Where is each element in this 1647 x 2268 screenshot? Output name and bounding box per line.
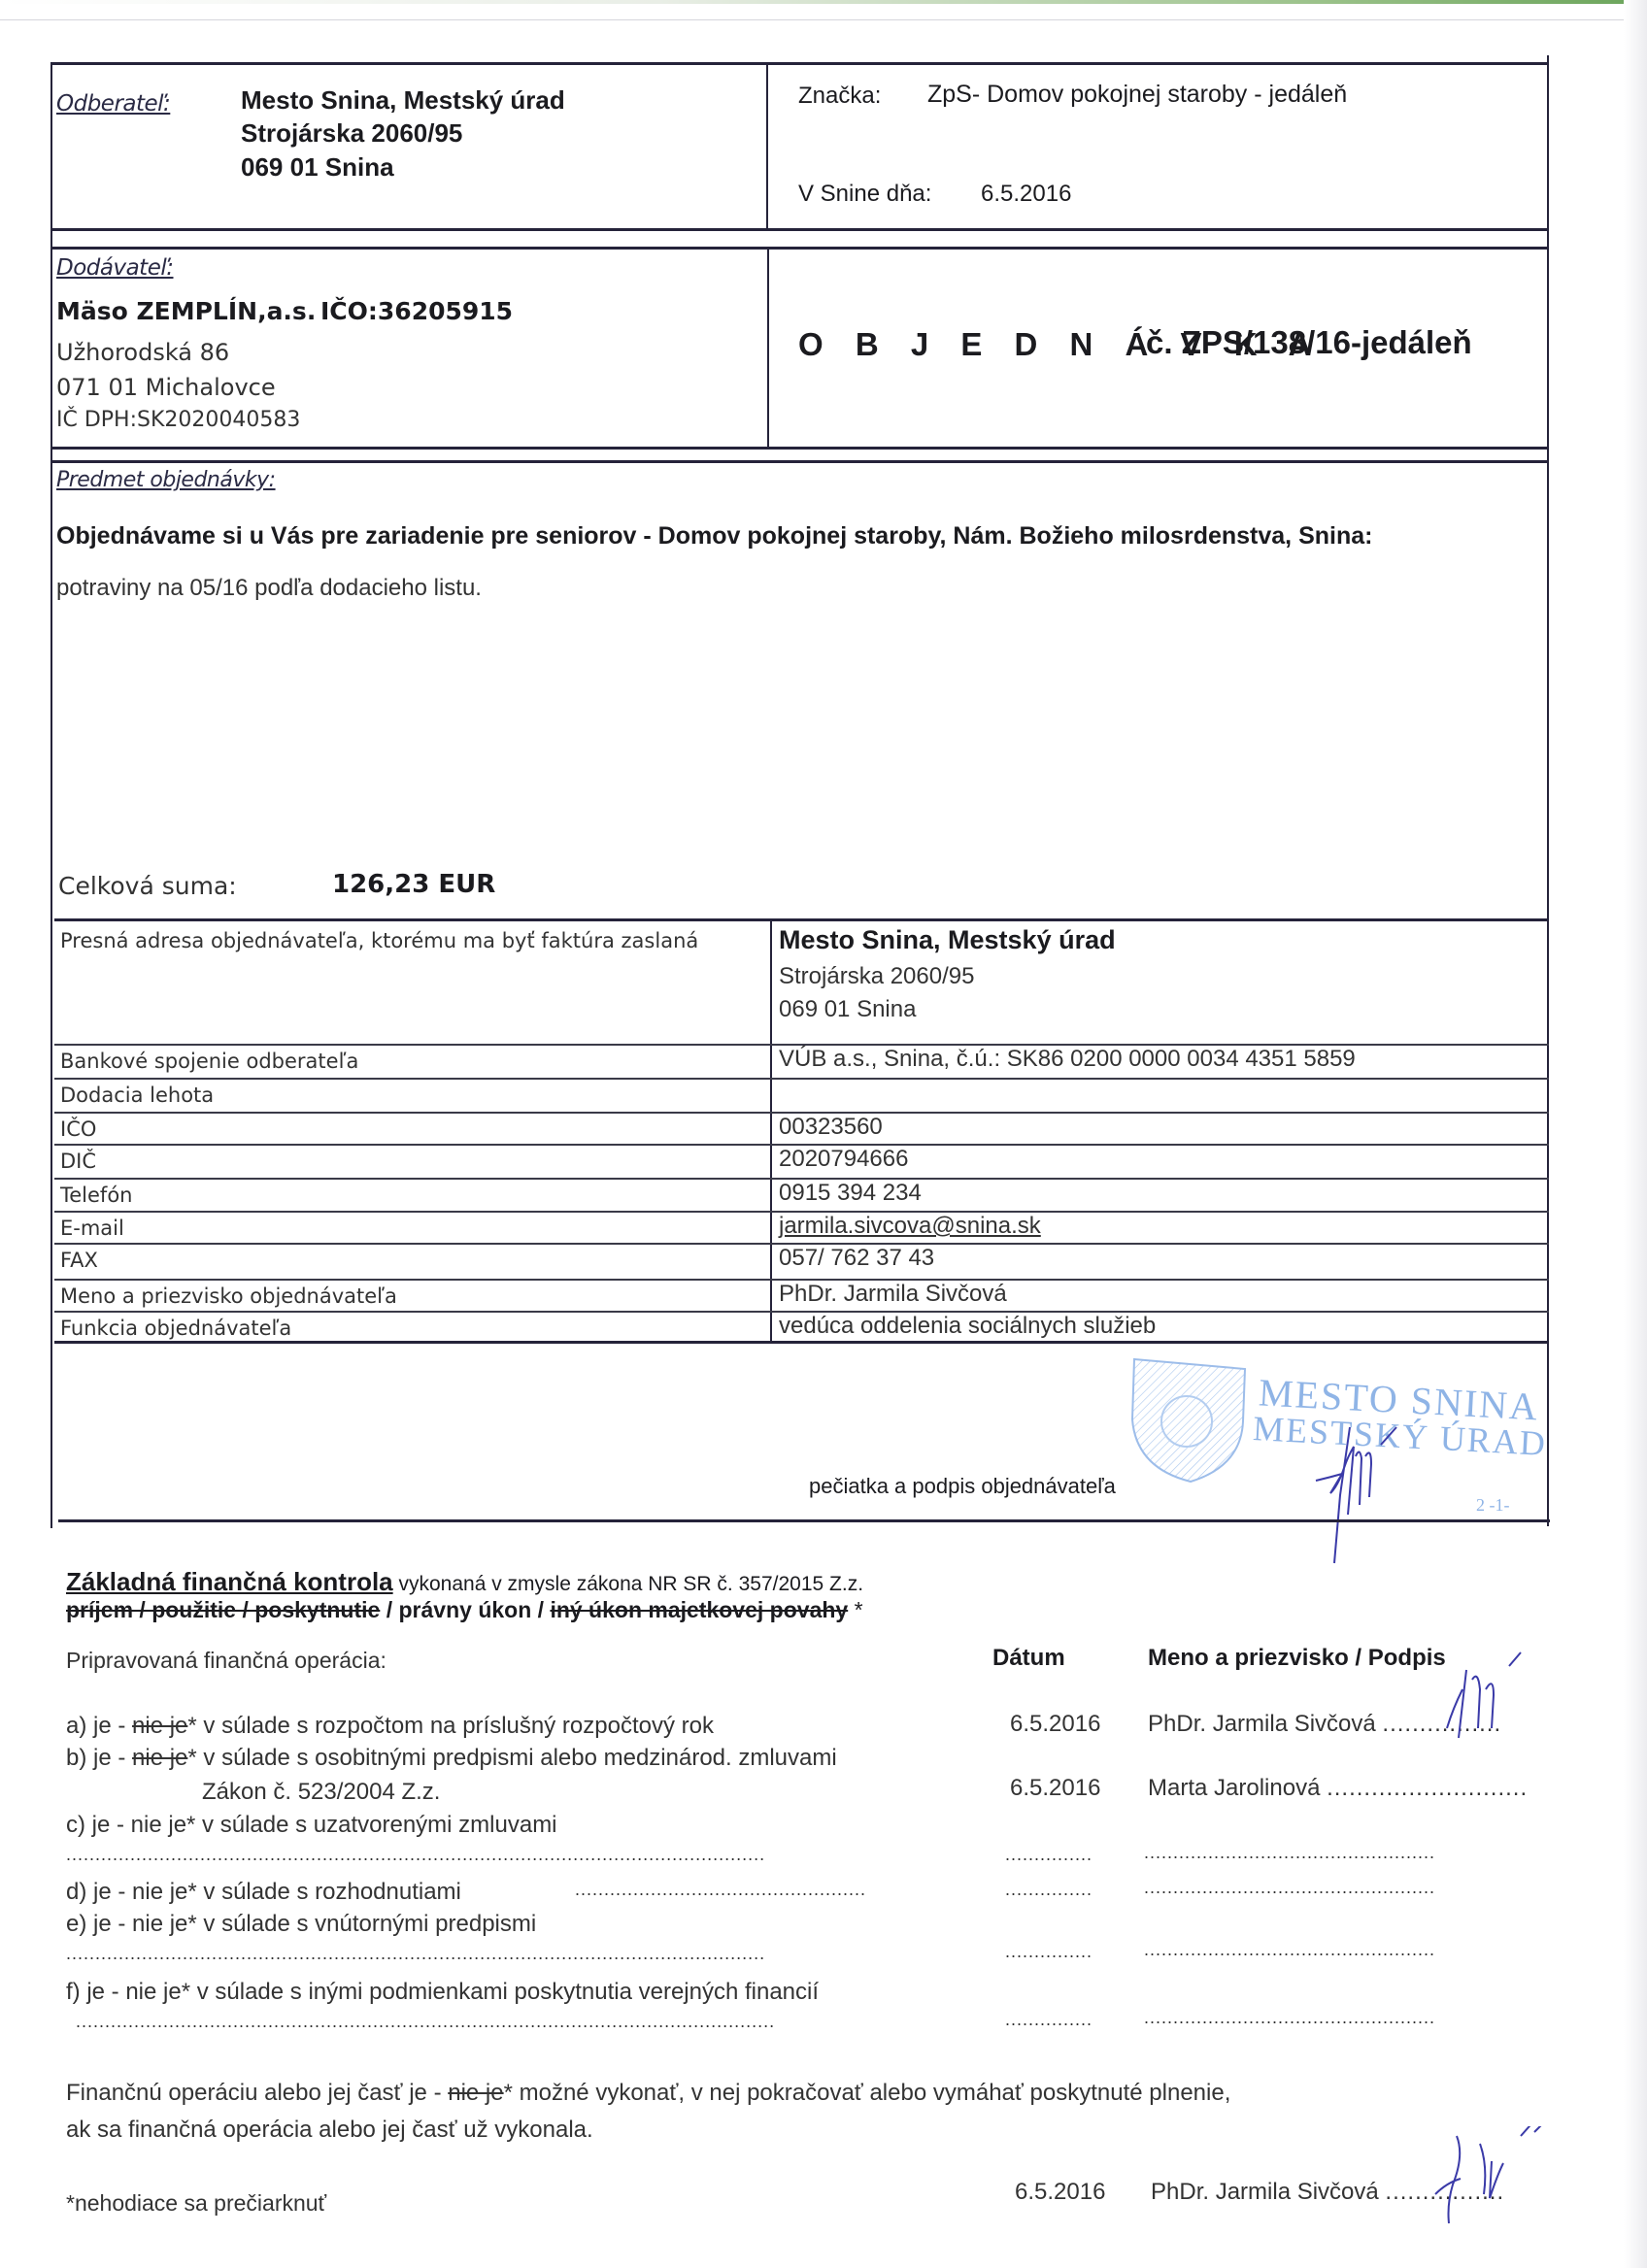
col-name-header: Meno a priezvisko / Podpis bbox=[1148, 1645, 1446, 1672]
conclusion-line-1: Finančnú operáciu alebo jej časť je - ni… bbox=[66, 2080, 1230, 2107]
item-b-text: * v súlade s osobitnými predpismi alebo … bbox=[187, 1745, 836, 1771]
date-value: 6.5.2016 bbox=[981, 181, 1071, 208]
scan-edge-line bbox=[0, 19, 1647, 20]
item-e-date-dots: ............... bbox=[1005, 1942, 1114, 1962]
details-row-value: 057/ 762 37 43 bbox=[779, 1245, 934, 1272]
details-row-label: Telefón bbox=[60, 1184, 132, 1207]
details-row-label: E-mail bbox=[60, 1217, 124, 1240]
item-d: d) je - nie je* v súlade s rozhodnutiami bbox=[66, 1879, 461, 1906]
control-title-rest: vykonaná v zmysle zákona NR SR č. 357/20… bbox=[393, 1573, 863, 1595]
signature-3-icon bbox=[1428, 2126, 1554, 2243]
details-row-value: 2020794666 bbox=[779, 1146, 908, 1173]
details-row-value: vedúca oddelenia sociálnych služieb bbox=[779, 1313, 1156, 1340]
control-type-struck-2: iný úkon majetkovej povahy bbox=[550, 1597, 848, 1622]
total-label: Celková suma: bbox=[58, 872, 237, 900]
stamp-caption: pečiatka a podpis objednávateľa bbox=[809, 1474, 1116, 1499]
address-label: Presná adresa objednávateľa, ktorému ma … bbox=[60, 929, 698, 952]
conclusion-struck: nie je bbox=[448, 2080, 503, 2106]
supplier-name: Mäso ZEMPLÍN,a.s. bbox=[56, 297, 316, 325]
odberatel-name: Mesto Snina, Mestský úrad bbox=[241, 85, 565, 116]
prepared-label: Pripravovaná finančná operácia: bbox=[66, 1648, 387, 1674]
item-c-name-dots: ........................................… bbox=[1144, 1843, 1544, 1863]
header-bottom-border bbox=[50, 228, 1549, 231]
odberatel-street: Strojárska 2060/95 bbox=[241, 118, 462, 149]
signer-1-name-text: PhDr. Jarmila Sivčová bbox=[1148, 1711, 1376, 1737]
scan-edge-top bbox=[0, 0, 1647, 4]
odberatel-label: Odberateľ: bbox=[56, 91, 170, 117]
box-bottom-border bbox=[58, 1519, 1550, 1522]
item-b-prefix: b) je - bbox=[66, 1745, 132, 1771]
signer-2-dots: ........................... bbox=[1327, 1775, 1528, 1801]
control-type-struck-1: príjem / použitie / poskytnutie bbox=[66, 1597, 380, 1622]
item-c: c) je - nie je* v súlade s uzatvorenými … bbox=[66, 1812, 557, 1839]
details-row-label: Bankové spojenie odberateľa bbox=[60, 1050, 358, 1073]
item-b: b) je - nie je* v súlade s osobitnými pr… bbox=[66, 1745, 837, 1772]
stamp-text-3: 2 -1- bbox=[1476, 1495, 1510, 1516]
details-bottom-border bbox=[54, 1341, 1549, 1344]
item-e: e) je - nie je* v súlade s vnútornými pr… bbox=[66, 1911, 536, 1938]
coat-of-arms-stamp-icon bbox=[1126, 1351, 1253, 1487]
subject-bold-line: Objednávame si u Vás pre zariadenie pre … bbox=[56, 522, 1372, 550]
signer-1-date: 6.5.2016 bbox=[1010, 1711, 1100, 1738]
email-link[interactable]: jarmila.sivcova@snina.sk bbox=[779, 1213, 1041, 1240]
details-row-value: PhDr. Jarmila Sivčová bbox=[779, 1281, 1007, 1308]
item-c-date-dots: ............... bbox=[1005, 1845, 1114, 1865]
details-row-label: Funkcia objednávateľa bbox=[60, 1317, 291, 1340]
item-d-text: * v súlade s rozhodnutiami bbox=[187, 1879, 460, 1905]
znacka-label: Značka: bbox=[798, 83, 881, 110]
item-d-name-dots: ........................................… bbox=[1144, 1878, 1544, 1898]
item-c-dots: ........................................… bbox=[66, 1845, 969, 1865]
details-row-value: VÚB a.s., Snina, č.ú.: SK86 0200 0000 00… bbox=[779, 1046, 1356, 1073]
control-title: Základná finančná kontrola bbox=[66, 1567, 393, 1596]
conclusion-1a: Finančnú operáciu alebo jej časť je - bbox=[66, 2080, 448, 2106]
control-type-kept: / právny úkon / bbox=[380, 1597, 550, 1622]
details-row-border bbox=[54, 1078, 1549, 1080]
supplier-divider bbox=[767, 247, 769, 449]
conclusion-line-2: ak sa finančná operácia alebo jej časť u… bbox=[66, 2117, 593, 2144]
details-row-label: IČO bbox=[60, 1117, 96, 1141]
supplier-street: Užhorodská 86 bbox=[56, 339, 229, 366]
item-f: f) je - nie je* v súlade s inými podmien… bbox=[66, 1979, 819, 2006]
item-f-prefix: f) je - nie je bbox=[66, 1979, 182, 2005]
address-line-2: Strojárska 2060/95 bbox=[779, 963, 974, 990]
box-right-border bbox=[1547, 55, 1549, 1526]
address-line-3: 069 01 Snina bbox=[779, 996, 916, 1023]
final-date: 6.5.2016 bbox=[1015, 2179, 1105, 2206]
address-line-1: Mesto Snina, Mestský úrad bbox=[779, 925, 1116, 955]
box-left-border bbox=[50, 62, 52, 1528]
item-c-prefix: c) je - nie je bbox=[66, 1812, 186, 1838]
item-e-name-dots: ........................................… bbox=[1144, 1940, 1544, 1960]
scan-edge-right bbox=[1624, 0, 1647, 2268]
supplier-vat: IČ DPH:SK2020040583 bbox=[56, 408, 300, 432]
signature-2-icon bbox=[1428, 1651, 1544, 1757]
item-a: a) je - nie je* v súlade s rozpočtom na … bbox=[66, 1713, 714, 1740]
subject-label: Predmet objednávky: bbox=[56, 468, 276, 492]
control-heading: Základná finančná kontrola vykonaná v zm… bbox=[66, 1567, 863, 1597]
item-d-date-dots: ............... bbox=[1005, 1880, 1114, 1900]
item-d-dots: ........................................… bbox=[575, 1880, 969, 1900]
control-type-asterisk: * bbox=[848, 1597, 862, 1622]
item-e-dots: ........................................… bbox=[66, 1944, 969, 1964]
order-number: č. ZPS/138/16-jedáleň bbox=[1146, 324, 1472, 361]
conclusion-1b: * možné vykonať, v nej pokračovať alebo … bbox=[504, 2080, 1231, 2106]
subject-line: potraviny na 05/16 podľa dodacieho listu… bbox=[56, 575, 482, 602]
odberatel-city: 069 01 Snina bbox=[241, 152, 394, 183]
supplier-bottom-border bbox=[50, 447, 1549, 450]
supplier-top-border bbox=[50, 247, 1549, 250]
item-a-text: * v súlade s rozpočtom na príslušný rozp… bbox=[187, 1713, 714, 1739]
supplier-label: Dodávateľ: bbox=[56, 255, 174, 281]
details-row-value: 00323560 bbox=[779, 1114, 883, 1141]
item-a-prefix: a) je - bbox=[66, 1713, 132, 1739]
final-name-text: PhDr. Jarmila Sivčová bbox=[1151, 2179, 1379, 2205]
footnote: *nehodiace sa prečiarknuť bbox=[66, 2190, 326, 2217]
details-top-border bbox=[54, 918, 1549, 921]
item-a-struck: nie je bbox=[132, 1713, 187, 1739]
col-date-header: Dátum bbox=[992, 1645, 1065, 1672]
item-f-name-dots: ........................................… bbox=[1144, 2008, 1544, 2028]
supplier-city: 071 01 Michalovce bbox=[56, 374, 276, 401]
date-label: V Snine dňa: bbox=[798, 181, 931, 208]
item-e-prefix: e) je - nie je bbox=[66, 1911, 187, 1937]
header-divider bbox=[766, 62, 768, 229]
item-e-text: * v súlade s vnútornými predpismi bbox=[187, 1911, 536, 1937]
control-type-line: príjem / použitie / poskytnutie / právny… bbox=[66, 1597, 863, 1623]
item-b-law: Zákon č. 523/2004 Z.z. bbox=[202, 1779, 440, 1806]
item-c-text: * v súlade s uzatvorenými zmluvami bbox=[186, 1812, 556, 1838]
item-f-date-dots: ............... bbox=[1005, 2010, 1114, 2030]
subject-top-border bbox=[50, 460, 1549, 463]
box-top-border bbox=[50, 62, 1549, 65]
signature-1-icon bbox=[1311, 1417, 1428, 1573]
details-row-value: 0915 394 234 bbox=[779, 1180, 922, 1207]
total-value: 126,23 EUR bbox=[332, 870, 495, 899]
signer-2-name-text: Marta Jarolinová bbox=[1148, 1775, 1320, 1801]
details-row-label: Dodacia lehota bbox=[60, 1084, 214, 1107]
znacka-value: ZpS- Domov pokojnej staroby - jedáleň bbox=[927, 81, 1347, 109]
item-f-dots: ........................................… bbox=[76, 2012, 974, 2032]
details-row-label: Meno a priezvisko objednávateľa bbox=[60, 1284, 397, 1308]
item-b-struck: nie je bbox=[132, 1745, 187, 1771]
signer-2-date: 6.5.2016 bbox=[1010, 1775, 1100, 1802]
item-f-text: * v súlade s inými podmienkami poskytnut… bbox=[182, 1979, 819, 2005]
details-row-label: DIČ bbox=[60, 1150, 96, 1173]
signer-2-name: Marta Jarolinová .......................… bbox=[1148, 1775, 1528, 1802]
details-row-label: FAX bbox=[60, 1249, 98, 1272]
supplier-ico: IČO:36205915 bbox=[320, 297, 513, 325]
item-d-prefix: d) je - nie je bbox=[66, 1879, 187, 1905]
